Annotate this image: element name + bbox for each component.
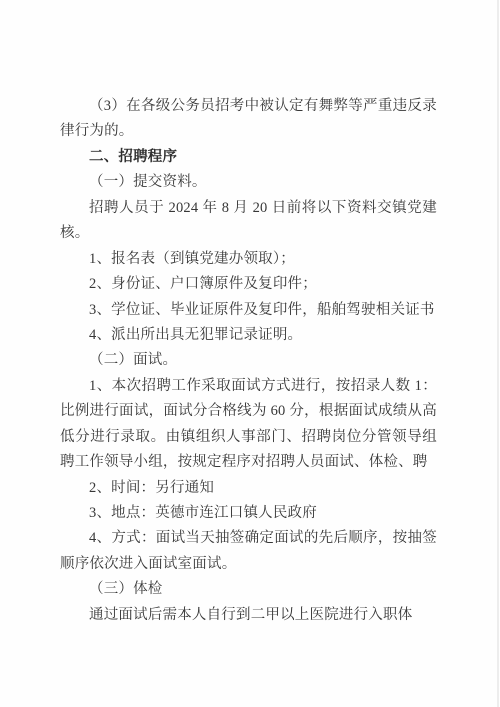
paragraph-line: 核。 <box>60 221 437 246</box>
paragraph-line: 聘工作领导小组，按规定程序对招聘人员面试、体检、聘用； <box>60 450 437 475</box>
subsection-heading: （二）面试。 <box>60 348 437 373</box>
scan-edge-artifact <box>497 0 499 707</box>
list-item: 4、方式：面试当天抽签确定面试的先后顺序，按抽签号码 <box>60 526 437 551</box>
paragraph-line: （3）在各级公务员招考中被认定有舞弊等严重违反录用纪 <box>60 94 437 119</box>
section-heading: 二、招聘程序 <box>60 145 437 170</box>
list-item: 2、身份证、户口簿原件及复印件； <box>60 272 437 297</box>
subsection-heading: （一）提交资料。 <box>60 170 437 195</box>
paragraph-line: 招聘人员于 2024 年 8 月 20 日前将以下资料交镇党建办审 <box>60 196 437 221</box>
subsection-heading: （三）体检 <box>60 577 437 602</box>
list-item: 4、派出所出具无犯罪记录证明。 <box>60 323 437 348</box>
document-page: （3）在各级公务员招考中被认定有舞弊等严重违反录用纪 律行为的。 二、招聘程序 … <box>0 0 500 707</box>
list-item: 3、地点：英德市连江口镇人民政府 <box>60 501 437 526</box>
paragraph-line: 顺序依次进入面试室面试。 <box>60 552 437 577</box>
list-item: 2、时间：另行通知 <box>60 476 437 501</box>
paragraph-line: 律行为的。 <box>60 119 437 144</box>
document-body: （3）在各级公务员招考中被认定有舞弊等严重违反录用纪 律行为的。 二、招聘程序 … <box>60 94 437 628</box>
paragraph-line: 低分进行录取。由镇组织人事部门、招聘岗位分管领导组成招 <box>60 425 437 450</box>
list-item: 3、学位证、毕业证原件及复印件，船舶驾驶相关证书等； <box>60 298 437 323</box>
paragraph-line: 通过面试后需本人自行到二甲以上医院进行入职体检。 <box>60 603 437 628</box>
paragraph-line: 1、本次招聘工作采取面试方式进行，按招录人数 1：3 的 <box>60 374 437 399</box>
paragraph-line: 比例进行面试，面试分合格线为 60 分，根据面试成绩从高分到 <box>60 399 437 424</box>
list-item: 1、报名表（到镇党建办领取）； <box>60 247 437 272</box>
